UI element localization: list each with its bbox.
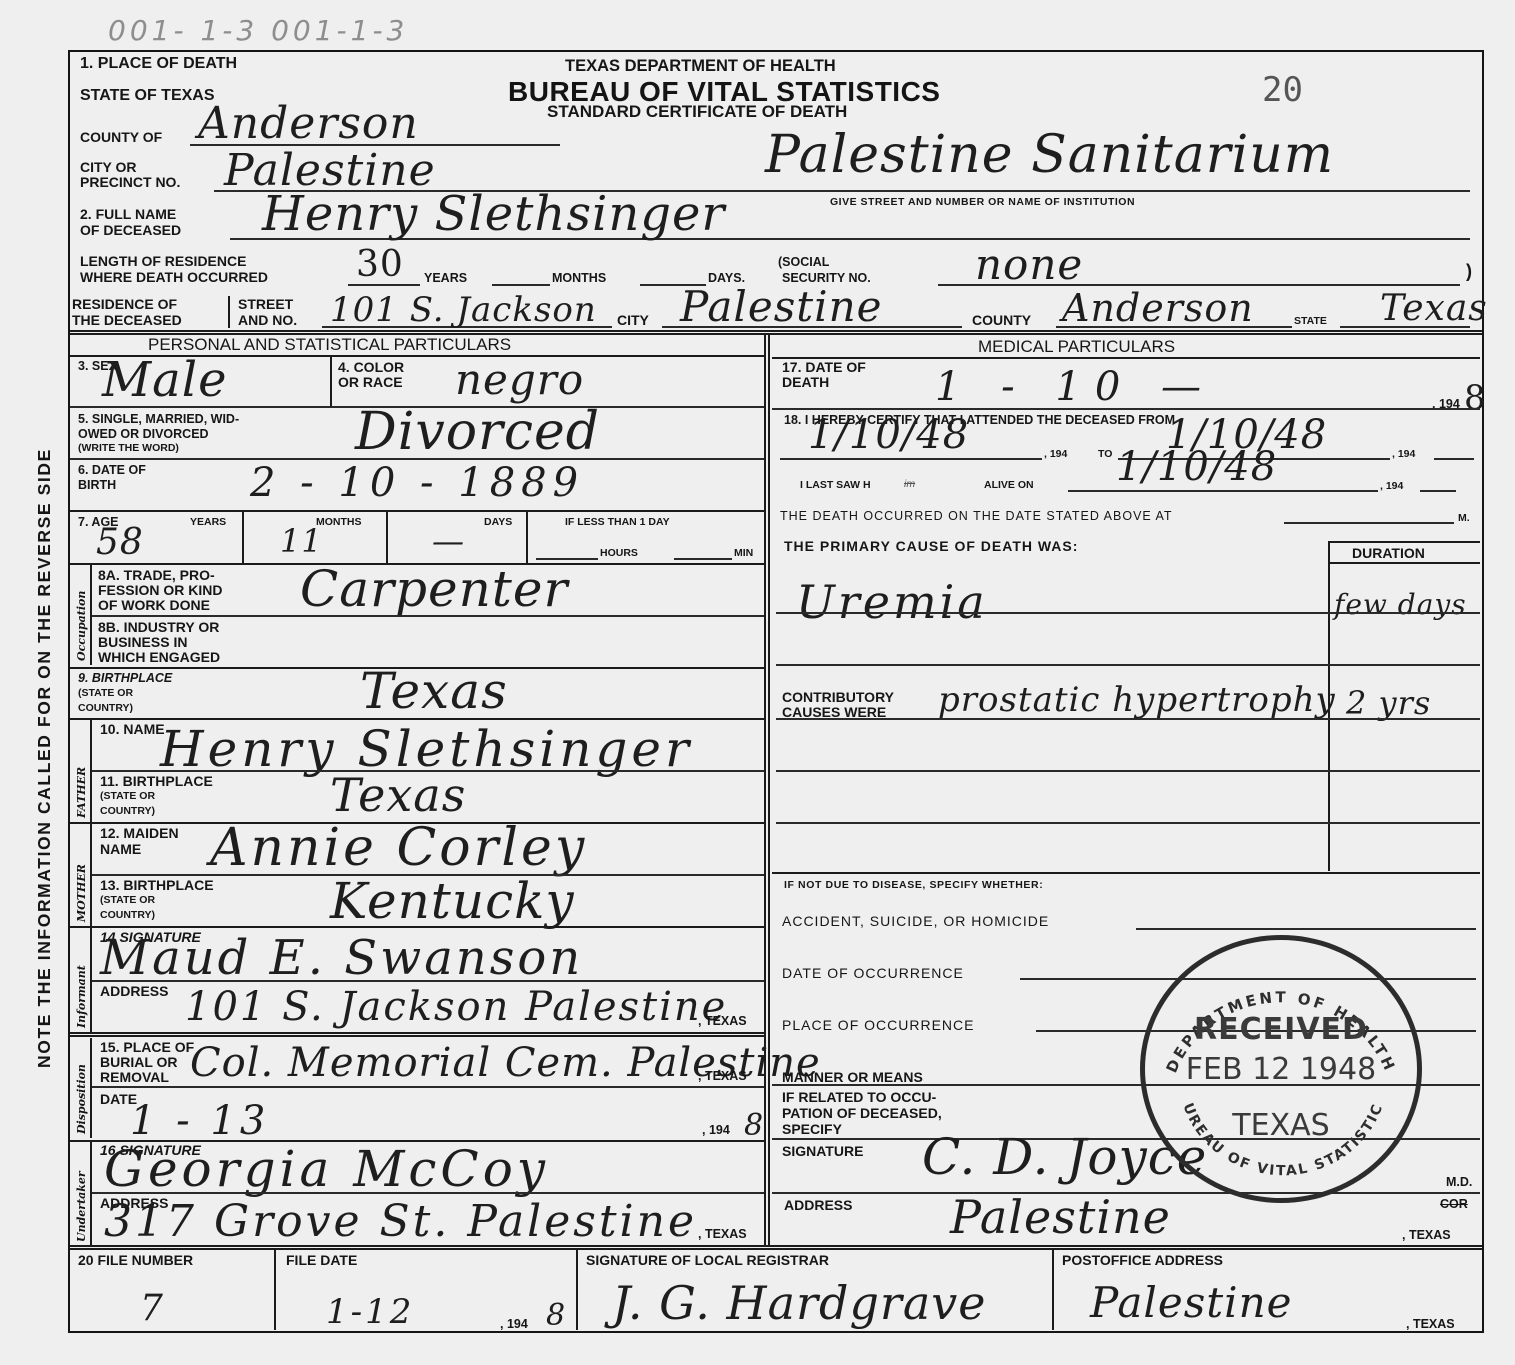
contributory-value: prostatic hypertrophy — [938, 680, 1336, 720]
disposition-tab: Disposition — [72, 1038, 92, 1138]
burial-label-2: BURIAL OR — [100, 1055, 178, 1069]
md-label: M.D. — [1446, 1176, 1472, 1189]
trade-value: Carpenter — [300, 560, 568, 618]
registrar-signature-value: J. G. Hardgrave — [612, 1276, 987, 1330]
death-time-label: THE DEATH OCCURRED ON THE DATE STATED AB… — [780, 510, 1173, 523]
undertaker-address-value: 317 Grove St. Palestine — [104, 1196, 697, 1247]
reverse-side-note: NOTE THE INFORMATION CALLED FOR ON THE R… — [36, 448, 54, 1068]
dob-value: 2 - 10 - 1889 — [250, 460, 584, 506]
cor-label: COR — [1440, 1198, 1468, 1211]
contributory-duration-value: 2 yrs — [1346, 684, 1431, 722]
file-date-value: 1-12 — [326, 1292, 414, 1332]
institution-hint: GIVE STREET AND NUMBER OR NAME OF INSTIT… — [830, 197, 1135, 208]
county-label: COUNTY OF — [80, 130, 162, 144]
city-label-2: PRECINCT NO. — [80, 175, 180, 189]
contributory-label-1: CONTRIBUTORY — [782, 690, 894, 704]
father-birthplace-label-2: (STATE OR — [100, 791, 155, 802]
trade-label-1: 8A. TRADE, PRO- — [98, 568, 215, 582]
residence-street-value: 101 S. Jackson — [330, 290, 597, 330]
death-time-suffix: M. — [1458, 513, 1470, 524]
received-stamp: DEPARTMENT OF HEALTH BUREAU OF VITAL STA… — [1140, 935, 1422, 1203]
age-months-label: MONTHS — [316, 517, 362, 528]
industry-label-3: WHICH ENGAGED — [98, 650, 220, 664]
trade-label-3: OF WORK DONE — [98, 598, 210, 612]
residence-county-value: Anderson — [1062, 286, 1254, 330]
primary-cause-label: THE PRIMARY CAUSE OF DEATH WAS: — [784, 539, 1078, 553]
undertaker-address-suffix: , TEXAS — [698, 1228, 747, 1241]
physician-address-value: Palestine — [950, 1190, 1171, 1244]
age-months-value: 11 — [280, 522, 323, 560]
age-days-label: DAYS — [484, 517, 512, 528]
residence-label-1: RESIDENCE OF — [72, 297, 177, 311]
state-of-texas-label: STATE OF TEXAS — [80, 88, 215, 104]
dob-label-2: BIRTH — [78, 479, 116, 492]
date-of-death-value: 1 - 10 — — [935, 364, 1215, 410]
residence-length-label-1: LENGTH OF RESIDENCE — [80, 254, 246, 268]
last-saw-value: 1/10/48 — [1116, 444, 1277, 490]
occupation-tab: Occupation — [72, 565, 92, 665]
residence-length-label-2: WHERE DEATH OCCURRED — [80, 270, 268, 284]
birthplace-value: Texas — [360, 662, 508, 720]
mother-maiden-label-2: NAME — [100, 842, 141, 856]
file-date-label: FILE DATE — [286, 1253, 357, 1267]
marital-label-1: 5. SINGLE, MARRIED, WID- — [78, 413, 239, 426]
father-birthplace-value: Texas — [330, 768, 466, 822]
physician-address-label: ADDRESS — [784, 1198, 852, 1212]
residence-state-value: Texas — [1380, 288, 1488, 329]
ssn-close: ) — [1466, 262, 1472, 280]
city-label-1: CITY OR — [80, 160, 137, 174]
informant-tab-label: Informant — [75, 965, 88, 1028]
date-of-death-label-2: DEATH — [782, 375, 829, 389]
informant-address-value: 101 S. Jackson Palestine — [185, 984, 727, 1030]
burial-label-3: REMOVAL — [100, 1070, 169, 1084]
certificate-number: 20 — [1262, 70, 1303, 110]
alive-on-label: ALIVE ON — [984, 480, 1034, 491]
date-of-death-year-digit: 8 — [1464, 378, 1487, 418]
full-name-label-1: 2. FULL NAME — [80, 207, 176, 221]
attended-from-value: 1/10/48 — [808, 412, 969, 458]
months-label: MONTHS — [552, 272, 606, 285]
race-label-2: OR RACE — [338, 375, 403, 389]
marital-value: Divorced — [355, 402, 600, 462]
ssn-value: none — [975, 240, 1083, 289]
deceased-name-value: Henry Slethsinger — [262, 186, 725, 242]
burial-date-value: 1 - 13 — [130, 1098, 269, 1144]
disposition-tab-label: Disposition — [75, 1064, 88, 1134]
age-min-label: MIN — [734, 548, 753, 559]
age-days-value: — — [432, 522, 465, 560]
occupation-related-label-2: PATION OF DECEASED, — [782, 1106, 942, 1120]
age-years-label: YEARS — [190, 517, 226, 528]
primary-duration-value: few days — [1334, 588, 1467, 621]
mother-tab: MOTHER — [72, 824, 92, 926]
year-194-b: , 194 — [1392, 449, 1415, 460]
age-years-value: 58 — [96, 522, 144, 563]
undertaker-signature-value: Georgia McCoy — [104, 1140, 549, 1198]
file-number-value: 7 — [140, 1288, 164, 1329]
postoffice-value: Palestine — [1090, 1278, 1292, 1327]
mother-maiden-value: Annie Corley — [210, 818, 587, 878]
residence-label-2: THE DECEASED — [72, 313, 182, 327]
undertaker-tab: Undertaker — [72, 1142, 92, 1246]
father-tab: FATHER — [72, 720, 92, 822]
father-birthplace-label-1: 11. BIRTHPLACE — [100, 774, 213, 788]
physician-address-suffix: , TEXAS — [1402, 1229, 1451, 1242]
sex-value: Male — [102, 352, 228, 408]
race-label-1: 4. COLOR — [338, 360, 404, 374]
residence-state-label: STATE — [1294, 316, 1327, 327]
medical-section-title: MEDICAL PARTICULARS — [978, 338, 1175, 355]
informant-signature-value: Maud E. Swanson — [100, 930, 583, 986]
informant-address-label: ADDRESS — [100, 984, 168, 998]
not-disease-label: IF NOT DUE TO DISEASE, SPECIFY WHETHER: — [784, 880, 1043, 891]
last-saw-label: I LAST SAW H — [800, 480, 871, 491]
birthplace-label-2: (STATE OR — [78, 688, 133, 699]
burial-year-digit: 8 — [744, 1108, 764, 1143]
burial-suffix: , TEXAS — [698, 1070, 747, 1083]
primary-cause-value: Uremia — [796, 575, 988, 629]
undertaker-tab-label: Undertaker — [75, 1171, 88, 1242]
street-label-1: STREET — [238, 297, 293, 311]
county-value: Anderson — [198, 98, 419, 149]
birthplace-label-3: COUNTRY) — [78, 703, 133, 714]
personal-section-title: PERSONAL AND STATISTICAL PARTICULARS — [148, 336, 511, 353]
burial-year-prefix: , 194 — [702, 1124, 730, 1137]
street-label-2: AND NO. — [238, 313, 297, 327]
age-hours-label: HOURS — [600, 548, 638, 559]
years-label: YEARS — [424, 272, 467, 285]
birthplace-label-1: 9. BIRTHPLACE — [78, 672, 172, 685]
year-194-a: , 194 — [1044, 449, 1067, 460]
informant-tab: Informant — [72, 928, 92, 1032]
manner-label: MANNER OR MEANS — [782, 1070, 923, 1084]
occurrence-date-label: DATE OF OCCURRENCE — [782, 966, 964, 980]
file-number-label: 20 FILE NUMBER — [78, 1253, 193, 1267]
year-194-c: , 194 — [1380, 481, 1403, 492]
age-less-than-day-label: IF LESS THAN 1 DAY — [565, 517, 670, 528]
stamp-received: RECEIVED — [1145, 1012, 1417, 1047]
burial-label-1: 15. PLACE OF — [100, 1040, 194, 1054]
industry-label-1: 8B. INDUSTRY OR — [98, 620, 219, 634]
residence-city-value: Palestine — [680, 282, 882, 331]
occupation-tab-label: Occupation — [75, 591, 88, 661]
dob-label-1: 6. DATE OF — [78, 464, 146, 477]
residence-county-label: COUNTY — [972, 313, 1031, 327]
dept-of-health: TEXAS DEPARTMENT OF HEALTH — [565, 58, 836, 75]
attended-to-label: TO — [1098, 449, 1112, 460]
form-title: STANDARD CERTIFICATE OF DEATH — [547, 103, 847, 120]
occurrence-place-label: PLACE OF OCCURRENCE — [782, 1018, 974, 1032]
full-name-label-2: OF DECEASED — [80, 223, 181, 237]
mother-tab-label: MOTHER — [75, 864, 88, 922]
father-birthplace-label-3: COUNTRY) — [100, 806, 155, 817]
mother-maiden-label-1: 12. MAIDEN — [100, 826, 179, 840]
trade-label-2: FESSION OR KIND — [98, 583, 222, 597]
father-tab-label: FATHER — [75, 767, 88, 818]
residence-years-value: 30 — [356, 244, 404, 285]
file-year-digit: 8 — [546, 1298, 566, 1333]
mother-birthplace-label-3: COUNTRY) — [100, 910, 155, 921]
mother-birthplace-label-1: 13. BIRTHPLACE — [100, 878, 214, 892]
place-of-death-label: 1. PLACE OF DEATH — [80, 56, 237, 72]
marital-label-2: OWED OR DIVORCED — [78, 428, 209, 441]
race-value: negro — [455, 355, 584, 404]
physician-signature-label: SIGNATURE — [782, 1144, 863, 1158]
industry-label-2: BUSINESS IN — [98, 635, 187, 649]
accident-label: ACCIDENT, SUICIDE, OR HOMICIDE — [782, 914, 1049, 928]
stamp-texas: TEXAS — [1145, 1108, 1417, 1143]
stamp-date: FEB 12 1948 — [1145, 1052, 1417, 1087]
date-of-death-label-1: 17. DATE OF — [782, 360, 866, 374]
marital-label-3: (WRITE THE WORD) — [78, 443, 179, 454]
mother-birthplace-value: Kentucky — [330, 872, 575, 930]
occupation-related-label-3: SPECIFY — [782, 1122, 842, 1136]
father-name-label: 10. NAME — [100, 722, 165, 736]
ssn-label-1: (SOCIAL — [778, 256, 829, 269]
mother-birthplace-label-2: (STATE OR — [100, 895, 155, 906]
postoffice-label: POSTOFFICE ADDRESS — [1062, 1253, 1223, 1267]
registrar-signature-label: SIGNATURE OF LOCAL REGISTRAR — [586, 1253, 829, 1267]
occupation-related-label-1: IF RELATED TO OCCU- — [782, 1090, 936, 1104]
last-saw-struck: im — [904, 478, 915, 490]
file-year-prefix: , 194 — [500, 1318, 528, 1331]
postoffice-suffix: , TEXAS — [1406, 1318, 1455, 1331]
informant-address-suffix: , TEXAS — [698, 1015, 747, 1028]
pencil-reference: 001- 1-3 001-1-3 — [108, 14, 408, 47]
duration-header: DURATION — [1352, 546, 1425, 560]
institution-value: Palestine Sanitarium — [765, 125, 1334, 185]
residence-city-label: CITY — [617, 313, 649, 327]
